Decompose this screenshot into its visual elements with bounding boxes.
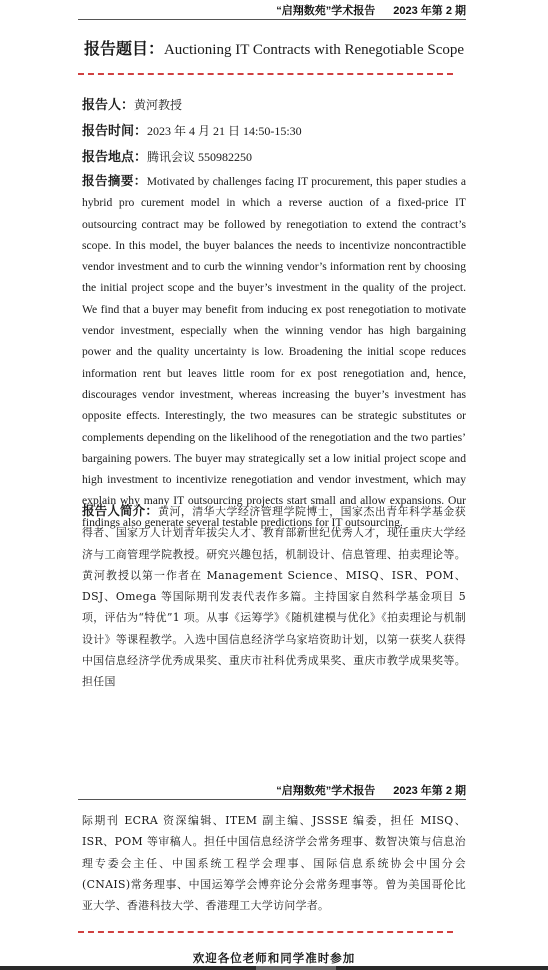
report-title: 报告题目：Auctioning IT Contracts with Renego… [0,36,548,59]
abstract-label: 报告摘要： [82,173,147,188]
speaker-label: 报告人： [82,98,134,113]
abstract-text: Motivated by challenges facing IT procur… [82,175,466,529]
location-row: 报告地点：腾讯会议 550982250 [82,146,252,165]
time-label: 报告时间： [82,124,147,139]
series-title: “启翔数苑”学术报告 [276,5,375,17]
speaker-name: 黄河教授 [134,98,182,112]
red-divider-top [78,73,453,75]
abstract-section: 报告摘要：Motivated by challenges facing IT p… [82,170,466,533]
issue-number: 2023 年第 2 期 [393,785,466,797]
welcome-message: 欢迎各位老师和同学准时参加 [0,950,548,966]
speaker-row: 报告人：黄河教授 [82,94,182,113]
bio-label: 报告人简介： [82,503,158,518]
bio-section: 报告人简介：黄河，清华大学经济管理学院博士，国家杰出青年科学基金获得者、国家万人… [82,500,466,693]
bio-text-part2: 际期刊 ECRA 资深编辑、ITEM 副主编、JSSSE 编委，担任 MISQ、… [82,814,466,912]
time-value: 2023 年 4 月 21 日 14:50-15:30 [147,124,302,138]
red-divider-bottom [78,931,453,933]
horizontal-scrollbar[interactable] [0,966,548,970]
running-header-page2: “启翔数苑”学术报告2023 年第 2 期 [78,782,466,800]
bio-text-part1: 黄河，清华大学经济管理学院博士，国家杰出青年科学基金获得者、国家万人计划青年拔尖… [82,505,466,688]
series-title: “启翔数苑”学术报告 [276,785,375,797]
title-label: 报告题目： [84,39,164,58]
location-value: 腾讯会议 550982250 [147,150,252,164]
issue-number: 2023 年第 2 期 [393,5,466,17]
scrollbar-thumb[interactable] [256,966,336,970]
location-label: 报告地点： [82,150,147,165]
running-header: “启翔数苑”学术报告2023 年第 2 期 [78,2,466,20]
title-text: Auctioning IT Contracts with Renegotiabl… [164,42,464,58]
time-row: 报告时间：2023 年 4 月 21 日 14:50-15:30 [82,120,302,139]
bio-continued: 际期刊 ECRA 资深编辑、ITEM 副主编、JSSSE 编委，担任 MISQ、… [82,810,466,916]
